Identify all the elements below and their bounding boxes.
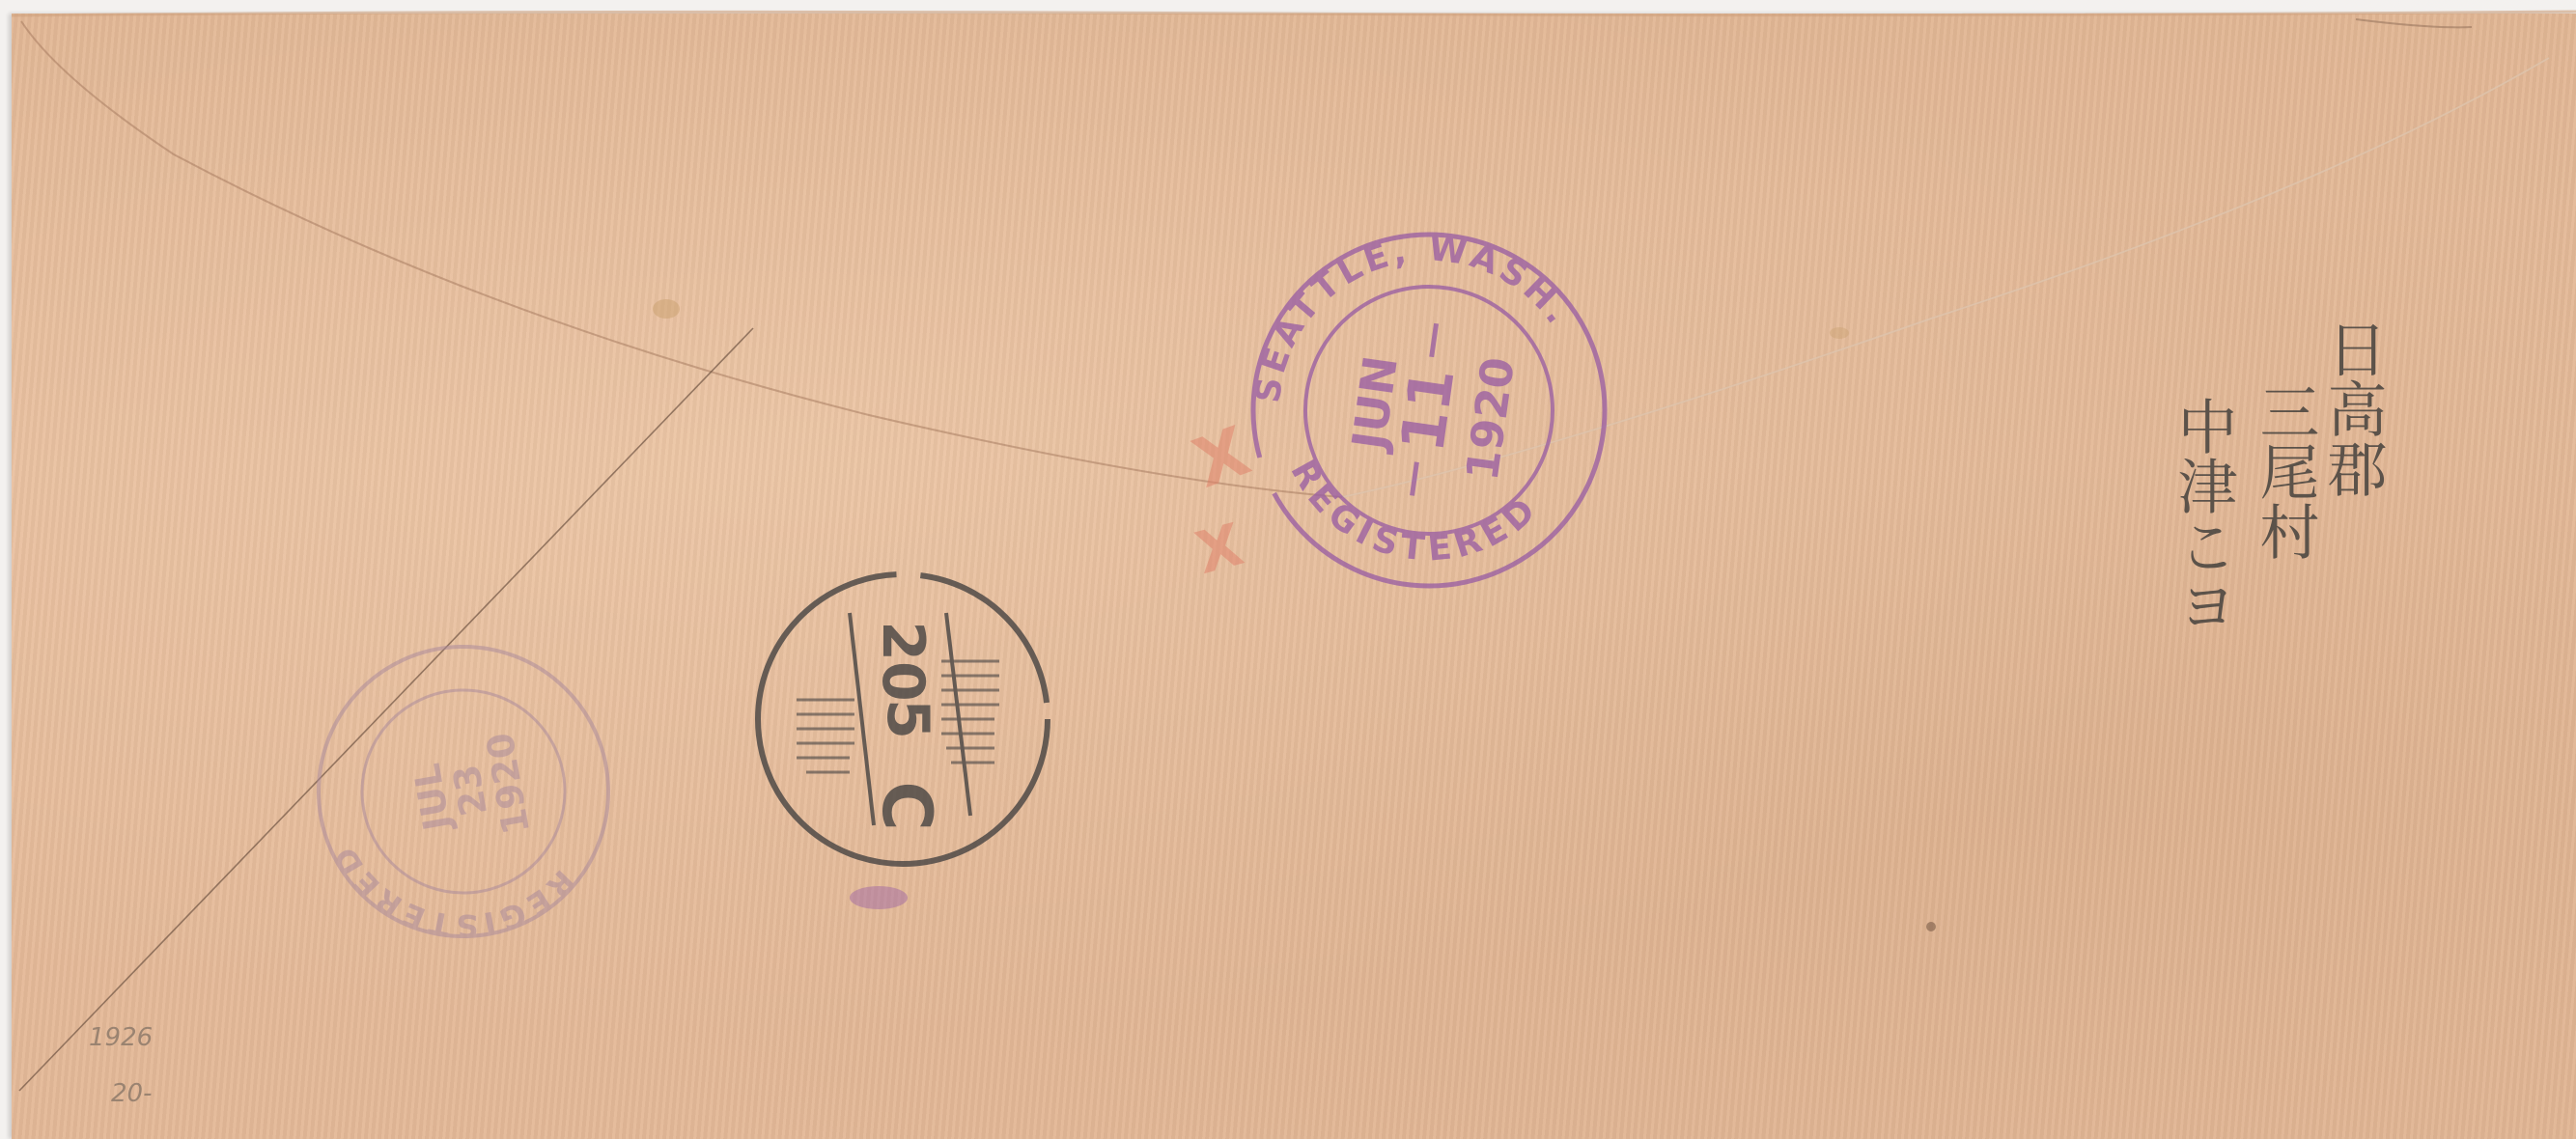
svg-text:5: 5 [874, 699, 941, 739]
handwritten-address-col-2: 三尾村 [2250, 381, 2319, 561]
handwritten-address-col-1: 日高郡 [2317, 319, 2387, 498]
pencil-note-year: 1926 [89, 1023, 153, 1052]
ink-smudge [850, 886, 908, 909]
japan-postmark: 20 5 C [758, 574, 1048, 864]
red-x-mark: X X [1184, 411, 1260, 588]
pencil-note-price: 20- [111, 1079, 152, 1108]
svg-text:20: 20 [869, 621, 937, 702]
seattle-postmark: SEATTLE, WASH. REGISTERED JUN 11 1920 [1219, 197, 1638, 619]
top-edge [12, 12, 2576, 15]
handwritten-sender-name: 中津こヨ [2168, 396, 2237, 635]
side-flap-edge [19, 328, 753, 1091]
svg-text:11: 11 [1386, 364, 1468, 457]
svg-text:X: X [1184, 411, 1260, 504]
svg-text:C: C [867, 781, 946, 830]
svg-text:1920: 1920 [478, 730, 538, 838]
registered-postmark-faint: REGISTERED JUL 23 1920 [275, 606, 649, 985]
svg-text:X: X [1190, 511, 1250, 588]
